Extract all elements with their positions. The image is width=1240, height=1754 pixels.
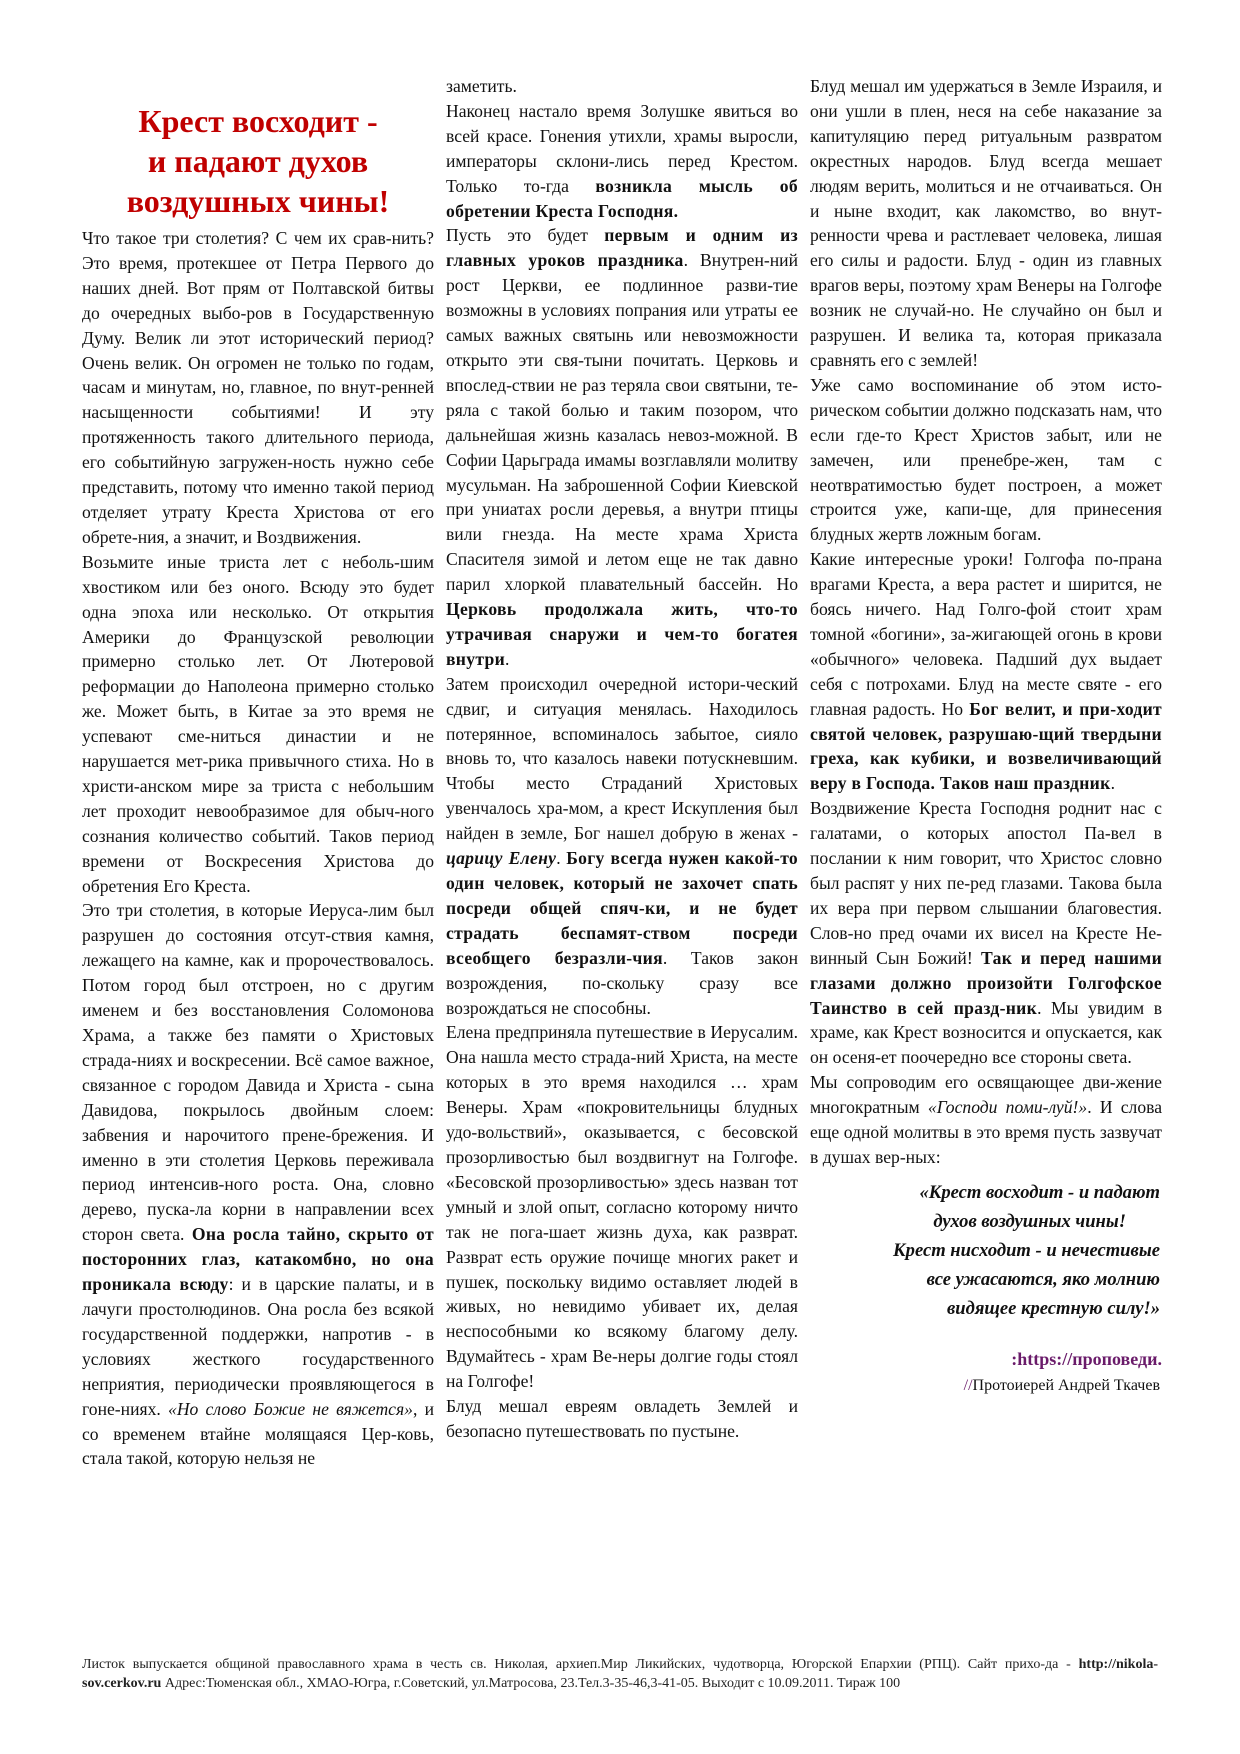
- page-title: Крест восходит - и падают духов воздушны…: [82, 101, 434, 221]
- title-line-3: воздушных чины!: [82, 181, 434, 221]
- footer-text: Адрес:Тюменская обл., ХМАО-Югра, г.Совет…: [161, 1676, 900, 1691]
- article-column-3: Блуд мешал им удержаться в Земле Израиля…: [810, 74, 1162, 1399]
- text-run: : и в царские палаты, и в лачуги простол…: [82, 1274, 434, 1419]
- paragraph: Наконец настало время Золушке явиться во…: [446, 99, 798, 224]
- paragraph: Мы сопроводим его освящающее дви-жение м…: [810, 1070, 1162, 1170]
- title-line-2: и падают духов: [82, 141, 434, 181]
- paragraph: Блуд мешал евреям овладеть Землей и безо…: [446, 1394, 798, 1444]
- text-run: Затем происходил очередной истори-ческий…: [446, 674, 798, 843]
- paragraph: Затем происходил очередной истори-ческий…: [446, 672, 798, 1021]
- italic-quote: «Но слово Божие не вяжется»: [168, 1399, 413, 1419]
- paragraph: Возьмите иные триста лет с неболь-шим хв…: [82, 550, 434, 899]
- quote-line: все ужасаются, яко молнию: [810, 1265, 1160, 1294]
- footer-imprint: Листок выпускается общиной православного…: [82, 1655, 1158, 1693]
- paragraph: Уже само воспоминание об этом исто-ричес…: [810, 373, 1162, 547]
- paragraph: Что такое три столетия? С чем их срав-ни…: [82, 226, 434, 550]
- author-prefix: //: [964, 1377, 973, 1394]
- title-line-1: Крест восходит -: [82, 101, 434, 141]
- italic-quote: «Господи поми-луй!»: [928, 1097, 1087, 1117]
- paragraph: Воздвижение Креста Господня роднит нас с…: [810, 796, 1162, 1070]
- signature: :https://проповеди. //Протоиерей Андрей …: [810, 1345, 1162, 1399]
- quote-line: видящее крестную силу!»: [810, 1294, 1160, 1323]
- text-run: . Внутрен-ний рост Церкви, ее подлинное …: [446, 250, 798, 594]
- text-run: .: [1111, 773, 1115, 793]
- leaflet-page: Крест восходит - и падают духов воздушны…: [0, 0, 1240, 1754]
- prayer-quote: «Крест восходит - и падают духов воздушн…: [810, 1178, 1162, 1323]
- quote-line: «Крест восходит - и падают: [810, 1178, 1160, 1207]
- text-run: Пусть это будет: [446, 225, 604, 245]
- text-run: .: [505, 649, 509, 669]
- quote-line: духов воздушных чины!: [810, 1207, 1160, 1236]
- source-link[interactable]: :https://проповеди.: [810, 1345, 1162, 1373]
- paragraph: Елена предприняла путешествие в Иерусали…: [446, 1020, 798, 1394]
- footer-text: Листок выпускается общиной православного…: [82, 1657, 1079, 1672]
- paragraph: заметить.: [446, 74, 798, 99]
- article-column-1: Что такое три столетия? С чем их срав-ни…: [82, 226, 434, 1471]
- text-run: Какие интересные уроки! Голгофа по-прана…: [810, 549, 1162, 718]
- text-run: Это три столетия, в которые Иеруса-лим б…: [82, 900, 434, 1244]
- author-line: //Протоиерей Андрей Ткачев: [810, 1373, 1162, 1399]
- quote-line: Крест нисходит - и нечестивые: [810, 1236, 1160, 1265]
- paragraph: Какие интересные уроки! Голгофа по-прана…: [810, 547, 1162, 796]
- bold-emphasis: Церковь продолжала жить, что-то утрачива…: [446, 599, 798, 669]
- paragraph: Пусть это будет первым и одним из главны…: [446, 223, 798, 671]
- author-name: Протоиерей Андрей Ткачев: [973, 1377, 1160, 1394]
- text-run: Воздвижение Креста Господня роднит нас с…: [810, 798, 1162, 967]
- paragraph: Блуд мешал им удержаться в Земле Израиля…: [810, 74, 1162, 373]
- article-column-2: заметить. Наконец настало время Золушке …: [446, 74, 798, 1444]
- text-run: .: [556, 848, 566, 868]
- bold-italic-emphasis: царицу Елену: [446, 848, 556, 868]
- paragraph: Это три столетия, в которые Иеруса-лим б…: [82, 898, 434, 1471]
